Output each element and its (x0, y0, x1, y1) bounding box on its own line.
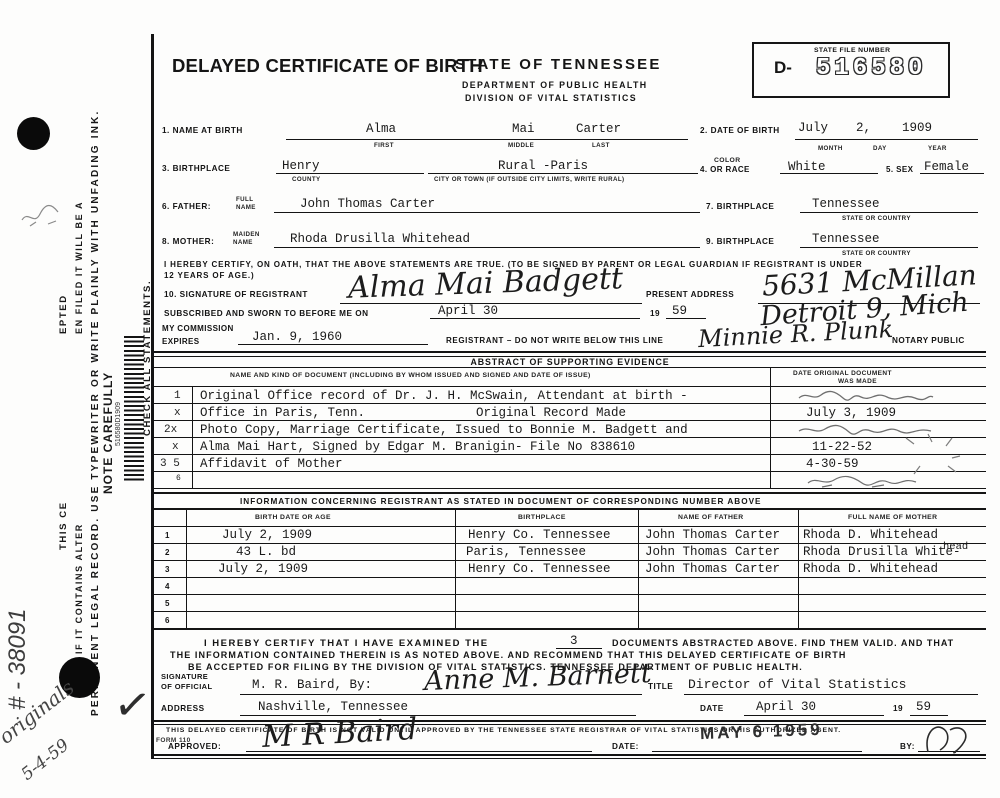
name-first-value: Alma (366, 122, 396, 136)
certify-count: 3 (570, 634, 578, 648)
state-title: STATE OF TENNESSEE (455, 56, 662, 73)
address-label: ADDRESS (161, 704, 205, 713)
info-header-father: NAME OF FATHER (678, 514, 744, 521)
scanned-birth-certificate: EPTED THIS CE EN FILED IT WILL BE A IF I… (0, 0, 1000, 798)
margin-note-carefully: NOTE CAREFULLY (101, 310, 115, 494)
handwritten-margin-number: # - 38091 (4, 420, 32, 710)
division-subtitle: DIVISION OF VITAL STATISTICS (465, 93, 637, 103)
handwritten-margin-date: 5-4-59 (18, 735, 73, 784)
abstract-row-text: Original Office record of Dr. J. H. McSw… (200, 389, 688, 403)
hole-punch-top (17, 117, 50, 150)
father-name-value: John Thomas Carter (300, 197, 435, 211)
certify-line-1a: I HEREBY CERTIFY THAT I HAVE EXAMINED TH… (204, 638, 489, 649)
info-row-mother: Rhoda D. Whitehead (803, 528, 938, 542)
date-label: DATE (700, 704, 724, 713)
sub-day: DAY (873, 145, 887, 152)
abstract-row-text: Alma Mai Hart, Signed by Edgar M. Branig… (200, 440, 635, 454)
name-last-value: Carter (576, 122, 621, 136)
father-birthplace-label: 7. BIRTHPLACE (706, 202, 774, 211)
certify-year-prefix: 19 (893, 704, 903, 713)
mother-sub-maiden: MAIDEN (233, 231, 260, 238)
stamp-sparkle-marks (898, 430, 968, 480)
sub-first: FIRST (374, 142, 394, 149)
certify-line-1b: DOCUMENTS ABSTRACTED ABOVE. FIND THEM VA… (612, 638, 954, 648)
father-birthplace-value: Tennessee (812, 197, 880, 211)
pencil-scribble (18, 196, 74, 232)
father-sub-full: FULL (236, 196, 253, 203)
info-header-mother: FULL NAME OF MOTHER (848, 514, 937, 521)
mother-label: 8. MOTHER: (162, 237, 214, 246)
info-row-father: John Thomas Carter (645, 562, 780, 576)
barcode (124, 336, 144, 482)
info-row-num: 5 (165, 599, 170, 608)
info-row-place: Paris, Tennessee (466, 545, 586, 559)
pencil-checkmark: ✓ (111, 678, 155, 734)
certify-line-2: THE INFORMATION CONTAINED THEREIN IS AS … (170, 650, 847, 660)
sex-value: Female (924, 160, 969, 174)
dob-year-value: 1909 (902, 121, 932, 135)
sub-state-or-country-2: STATE OR COUNTRY (842, 250, 911, 257)
info-row-birth: 43 L. bd (236, 545, 296, 559)
city-value: Rural -Paris (498, 159, 588, 173)
abstract-row-text: Office in Paris, Tenn. (200, 406, 365, 420)
by-initial-mark (920, 722, 974, 756)
name-middle-value: Mai (512, 122, 535, 136)
official-address-value: Nashville, Tennessee (258, 700, 408, 714)
county-value: Henry (282, 159, 320, 173)
do-not-write-line: REGISTRANT – DO NOT WRITE BELOW THIS LIN… (446, 336, 664, 345)
sub-middle: MIDDLE (508, 142, 534, 149)
abstract-title: ABSTRACT OF SUPPORTING EVIDENCE (400, 357, 740, 367)
mother-birthplace-label: 9. BIRTHPLACE (706, 237, 774, 246)
dept-subtitle: DEPARTMENT OF PUBLIC HEALTH (462, 80, 648, 90)
notary-signature-script: Minnie R. Plunk (697, 315, 893, 353)
father-label: 6. FATHER: (162, 202, 211, 211)
margin-fragment-epted: EPTED (58, 256, 69, 334)
abstract-row-text: Photo Copy, Marriage Certificate, Issued… (200, 423, 688, 437)
abstract-row-num: 6 (176, 474, 181, 483)
margin-fragment-this-ce: THIS CE (58, 486, 69, 550)
document-title: DELAYED CERTIFICATE OF BIRTH (172, 55, 483, 77)
info-row-num: 6 (165, 616, 170, 625)
info-row-place: Henry Co. Tennessee (468, 562, 611, 576)
by-label: BY: (900, 742, 915, 751)
approved-label: APPROVED: (168, 742, 221, 751)
abstract-row-date: 11-22-52 (812, 440, 872, 454)
sub-state-or-country-1: STATE OR COUNTRY (842, 215, 911, 222)
state-file-number-label: STATE FILE NUMBER (814, 47, 890, 54)
file-number-prefix: D- (774, 58, 792, 78)
info-row-father: John Thomas Carter (645, 545, 780, 559)
info-row-birth: July 2, 1909 (222, 528, 312, 542)
commission-date-value: Jan. 9, 1960 (252, 330, 342, 344)
notary-public-label: NOTARY PUBLIC (892, 336, 965, 345)
official-typed-name: M. R. Baird, By: (252, 678, 372, 692)
sworn-date-value: April 30 (438, 304, 498, 318)
illegible-scribble (795, 389, 935, 403)
margin-permanent-record-line: PERMANENT LEGAL RECORD. USE TYPEWRITER O… (90, 96, 101, 716)
official-signature-label-1: SIGNATURE (161, 672, 208, 681)
certify-date-value: April 30 (756, 700, 816, 714)
sworn-year-value: 59 (672, 304, 687, 318)
dob-day-value: 2, (856, 121, 871, 135)
info-row-num: 1 (165, 531, 170, 540)
approval-date-stamp: MAY 6 1959 (700, 720, 823, 744)
margin-barcode-number: 516580D1909 (115, 358, 122, 446)
abstract-row-text: Affidavit of Mother (200, 457, 343, 471)
abstract-col2-header-2: WAS MADE (838, 378, 877, 385)
date-of-birth-label: 2. DATE OF BIRTH (700, 126, 780, 135)
official-title-value: Director of Vital Statistics (688, 677, 906, 692)
abstract-row-num: x (174, 407, 181, 419)
mother-sub-name: NAME (233, 239, 253, 246)
info-row-num: 3 (165, 565, 170, 574)
info-row-mother: Rhoda Drusilla White- (803, 545, 961, 559)
abstract-col2-header-1: DATE ORIGINAL DOCUMENT (793, 370, 892, 377)
info-row-num: 4 (165, 582, 170, 591)
sworn-label: SUBSCRIBED AND SWORN TO BEFORE ME ON (164, 309, 369, 318)
approved-script-signature: M R Baird (261, 712, 418, 755)
state-file-number-box: STATE FILE NUMBER D- 516580 (752, 42, 950, 98)
mother-birthplace-value: Tennessee (812, 232, 880, 246)
official-signature-label-2: OF OFFICIAL (161, 682, 212, 691)
info-row-birth: July 2, 1909 (218, 562, 308, 576)
info-row-place: Henry Co. Tennessee (468, 528, 611, 542)
approval-date-label: DATE: (612, 742, 639, 751)
sub-year: YEAR (928, 145, 947, 152)
sub-month: MONTH (818, 145, 843, 152)
abstract-row-date: July 3, 1909 (806, 406, 896, 420)
commission-label-2: EXPIRES (162, 337, 199, 346)
sub-city: CITY OR TOWN (IF OUTSIDE CITY LIMITS, WR… (434, 176, 625, 183)
margin-fragment-en-filed: EN FILED IT WILL BE A (74, 146, 84, 334)
race-value: White (788, 160, 826, 174)
abstract-row-text2: Original Record Made (476, 406, 626, 420)
info-header-birth: BIRTH DATE OR AGE (255, 514, 331, 521)
margin-fragment-contains-alter: IF IT CONTAINS ALTER (74, 486, 84, 654)
file-number-stamp: 516580 (816, 55, 926, 82)
info-row-father: John Thomas Carter (645, 528, 780, 542)
abstract-row-date: 4-30-59 (806, 457, 859, 471)
sworn-year-prefix: 19 (650, 309, 660, 318)
info-row-mother: Rhoda D. Whitehead (803, 562, 938, 576)
certify-year-value: 59 (916, 700, 931, 714)
sub-last: LAST (592, 142, 610, 149)
oath-line-2: 12 YEARS OF AGE.) (164, 271, 254, 280)
present-address-label: PRESENT ADDRESS (646, 290, 734, 299)
abstract-col1-header: NAME AND KIND OF DOCUMENT (INCLUDING BY … (230, 372, 591, 379)
info-header-place: BIRTHPLACE (518, 514, 566, 521)
info-row-mother-overflow: head (943, 541, 968, 553)
registrant-signature-label: 10. SIGNATURE OF REGISTRANT (164, 290, 308, 299)
info-row-num: 2 (165, 548, 170, 557)
official-script-signature: Anne M. Barnett (424, 658, 653, 697)
abstract-row-num: 1 (174, 390, 181, 402)
father-sub-name: NAME (236, 204, 256, 211)
mother-name-value: Rhoda Drusilla Whitehead (290, 232, 470, 246)
name-at-birth-label: 1. NAME AT BIRTH (162, 126, 243, 135)
abstract-row-num: 2x (164, 424, 177, 436)
commission-label-1: MY COMMISSION (162, 324, 234, 333)
race-label: 4. OR RACE (700, 165, 750, 174)
birthplace-label: 3. BIRTHPLACE (162, 164, 230, 173)
race-label-top: COLOR (714, 157, 741, 164)
info-title: INFORMATION CONCERNING REGISTRANT AS STA… (240, 497, 762, 506)
abstract-row-num: 3 5 (160, 458, 180, 470)
dob-month-value: July (798, 121, 828, 135)
sub-county: COUNTY (292, 176, 321, 183)
sex-label: 5. SEX (886, 165, 913, 174)
abstract-row-num: x (172, 441, 179, 453)
